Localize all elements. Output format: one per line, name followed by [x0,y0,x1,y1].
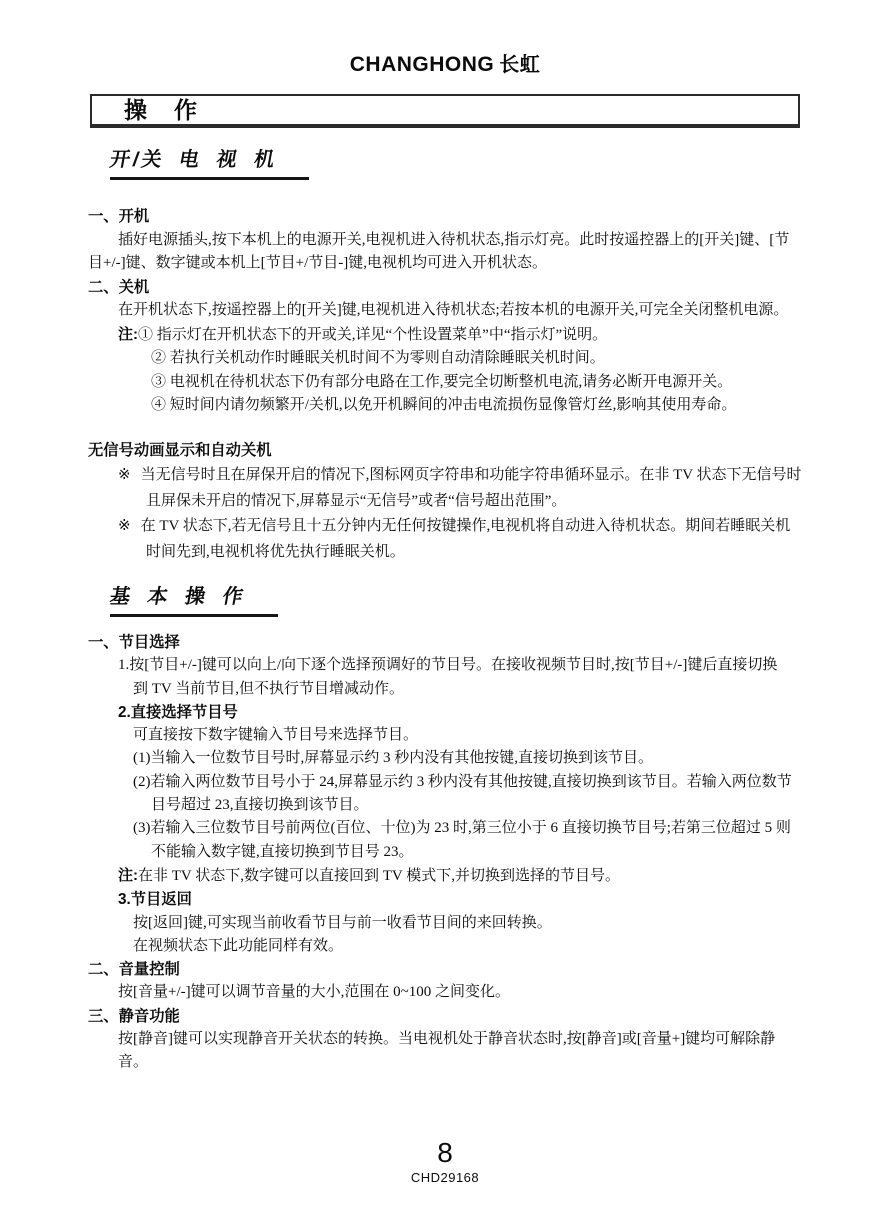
text-line: 无信号动画显示和自动关机 [88,438,850,464]
line-text: ④ 短时间内请勿频繁开/关机,以免开机瞬间的冲击电流损伤显像管灯丝,影响其使用寿… [151,397,736,413]
text-line: 在视频状态下此功能同样有效。 [88,935,850,958]
text-line: ※在 TV 状态下,若无信号且十五分钟内无任何按键操作,电视机将自动进入待机状态… [88,514,850,540]
line-text: ③ 电视机在待机状态下仍有部分电路在工作,要完全切断整机电流,请务必断开电源开关… [151,374,732,390]
line-text: 2.直接选择节目号 [118,704,238,721]
manual-page: CHANGHONG长虹 操 作 开/关 电 视 机 一、开机插好电源插头,按下本… [0,0,890,1229]
text-line: (3)若输入三位数节目号前两位(百位、十位)为 23 时,第三位小于 6 直接切… [88,817,850,840]
line-text: 一、节目选择 [88,634,180,651]
text-line: 二、关机 [88,276,850,300]
chapter-header-box: 操 作 [90,94,800,128]
text-line: 1.按[节目+/-]键可以向上/向下逐个选择预调好的节目号。在接收视频节目时,按… [88,654,850,677]
line-text: 一、开机 [88,208,149,225]
text-line: 三、静音功能 [88,1005,850,1028]
text-line: 一、开机 [88,205,850,229]
line-text: 目+/-]键、数字键或本机上[节目+/节目-]键,电视机均可进入开机状态。 [88,255,547,271]
text-line: 注:在非 TV 状态下,数字键可以直接回到 TV 模式下,并切换到选择的节目号。 [88,864,850,888]
line-text: 在 TV 状态下,若无信号且十五分钟内无任何按键操作,电视机将自动进入待机状态。… [141,518,791,534]
line-prefix: 注: [118,867,138,884]
line-text: ② 若执行关机动作时睡眠关机时间不为零则自动清除睡眠关机时间。 [151,350,605,366]
text-line: 按[音量+/-]键可以调节音量的大小,范围在 0~100 之间变化。 [88,981,850,1004]
line-text: 当无信号时且在屏保开启的情况下,图标网页字符串和功能字符串循环显示。在非 TV … [141,467,802,483]
text-line: 在开机状态下,按遥控器上的[开关]键,电视机进入待机状态;若按本机的电源开关,可… [88,299,850,323]
line-text: 二、关机 [88,279,149,296]
text-line: 音。 [88,1051,850,1074]
section-title-wrap: 基 本 操 作 [110,585,890,617]
line-text: 按[静音]键可以实现静音开关状态的转换。当电视机处于静音状态时,按[静音]或[音… [118,1031,775,1047]
chapter-title: 操 作 [124,97,199,123]
section-title-underline: 开/关 电 视 机 [110,148,309,180]
text-line: 一、节目选择 [88,631,850,654]
section-title: 基 本 操 作 [108,585,248,609]
line-text: 可直接按下数字键输入节目号来选择节目。 [133,727,418,743]
line-text: 1.按[节目+/-]键可以向上/向下逐个选择预调好的节目号。在接收视频节目时,按… [118,657,777,673]
brand-latin: CHANGHONG [350,53,495,76]
document-code: CHD29168 [0,1170,890,1186]
brand-logo: CHANGHONG长虹 [0,0,890,78]
section-title: 开/关 电 视 机 [108,148,279,172]
page-footer: 8 CHD29168 [0,1138,890,1186]
section-body: 一、节目选择1.按[节目+/-]键可以向上/向下逐个选择预调好的节目号。在接收视… [88,631,850,1075]
section-basic-operation: 基 本 操 作 一、节目选择1.按[节目+/-]键可以向上/向下逐个选择预调好的… [0,585,890,1075]
section-no-signal: 无信号动画显示和自动关机※当无信号时且在屏保开启的情况下,图标网页字符串和功能字… [0,438,890,566]
text-line: 目+/-]键、数字键或本机上[节目+/节目-]键,电视机均可进入开机状态。 [88,252,850,276]
line-text: 按[音量+/-]键可以调节音量的大小,范围在 0~100 之间变化。 [118,984,510,1000]
section-body: 无信号动画显示和自动关机※当无信号时且在屏保开启的情况下,图标网页字符串和功能字… [88,438,850,566]
line-text: 不能输入数字键,直接切换到节目号 23。 [151,844,414,860]
text-line: 且屏保未开启的情况下,屏幕显示“无信号”或者“信号超出范围”。 [88,489,850,515]
text-line: 按[静音]键可以实现静音开关状态的转换。当电视机处于静音状态时,按[静音]或[音… [88,1028,850,1051]
line-text: 目号超过 23,直接切换到该节目。 [151,797,369,813]
brand-cjk: 长虹 [499,54,540,76]
line-text: (3)若输入三位数节目号前两位(百位、十位)为 23 时,第三位小于 6 直接切… [133,820,791,836]
text-line: 插好电源插头,按下本机上的电源开关,电视机进入待机状态,指示灯亮。此时按遥控器上… [88,229,850,253]
line-text: 无信号动画显示和自动关机 [88,442,272,459]
line-text: (2)若输入两位数节目号小于 24,屏幕显示约 3 秒内没有其他按键,直接切换到… [133,774,792,790]
section-power-on-off: 开/关 电 视 机 一、开机插好电源插头,按下本机上的电源开关,电视机进入待机状… [0,148,890,418]
line-text: 到 TV 当前节目,但不执行节目增减动作。 [133,681,404,697]
text-line: 按[返回]键,可实现当前收看节目与前一收看节目间的来回转换。 [88,912,850,935]
line-prefix: ※ [118,518,131,534]
line-text: 3.节目返回 [118,891,192,908]
line-text: 在非 TV 状态下,数字键可以直接回到 TV 模式下,并切换到选择的节目号。 [138,868,620,884]
text-line: (2)若输入两位数节目号小于 24,屏幕显示约 3 秒内没有其他按键,直接切换到… [88,771,850,794]
page-number: 8 [0,1138,890,1168]
line-text: (1)当输入一位数节目号时,屏幕显示约 3 秒内没有其他按键,直接切换到该节目。 [133,750,653,766]
section-title-underline: 基 本 操 作 [110,585,278,617]
line-text: 在开机状态下,按遥控器上的[开关]键,电视机进入待机状态;若按本机的电源开关,可… [118,302,788,318]
text-line: 2.直接选择节目号 [88,701,850,724]
text-line: ② 若执行关机动作时睡眠关机时间不为零则自动清除睡眠关机时间。 [88,347,850,371]
text-line: ④ 短时间内请勿频繁开/关机,以免开机瞬间的冲击电流损伤显像管灯丝,影响其使用寿… [88,394,850,418]
text-line: ③ 电视机在待机状态下仍有部分电路在工作,要完全切断整机电流,请务必断开电源开关… [88,371,850,395]
text-line: 到 TV 当前节目,但不执行节目增减动作。 [88,678,850,701]
line-text: 音。 [118,1054,148,1070]
line-text: 时间先到,电视机将优先执行睡眠关机。 [146,544,405,560]
line-text: 按[返回]键,可实现当前收看节目与前一收看节目间的来回转换。 [133,915,552,931]
text-line: 时间先到,电视机将优先执行睡眠关机。 [88,540,850,566]
line-text: 插好电源插头,按下本机上的电源开关,电视机进入待机状态,指示灯亮。此时按遥控器上… [118,232,789,248]
line-text: 二、音量控制 [88,961,180,978]
line-text: 在视频状态下此功能同样有效。 [133,938,343,954]
text-line: 3.节目返回 [88,888,850,911]
section-body: 一、开机插好电源插头,按下本机上的电源开关,电视机进入待机状态,指示灯亮。此时按… [88,205,850,418]
text-line: 二、音量控制 [88,958,850,981]
text-line: 注:① 指示灯在开机状态下的开或关,详见“个性设置菜单”中“指示灯”说明。 [88,323,850,348]
line-prefix: 注: [118,326,138,343]
line-text: 三、静音功能 [88,1008,180,1025]
line-text: 且屏保未开启的情况下,屏幕显示“无信号”或者“信号超出范围”。 [146,493,566,509]
text-line: 可直接按下数字键输入节目号来选择节目。 [88,724,850,747]
text-line: (1)当输入一位数节目号时,屏幕显示约 3 秒内没有其他按键,直接切换到该节目。 [88,747,850,770]
line-prefix: ※ [118,467,131,483]
section-title-wrap: 开/关 电 视 机 [110,148,890,180]
text-line: ※当无信号时且在屏保开启的情况下,图标网页字符串和功能字符串循环显示。在非 TV… [88,463,850,489]
text-line: 不能输入数字键,直接切换到节目号 23。 [88,841,850,864]
line-text: ① 指示灯在开机状态下的开或关,详见“个性设置菜单”中“指示灯”说明。 [138,327,607,343]
text-line: 目号超过 23,直接切换到该节目。 [88,794,850,817]
